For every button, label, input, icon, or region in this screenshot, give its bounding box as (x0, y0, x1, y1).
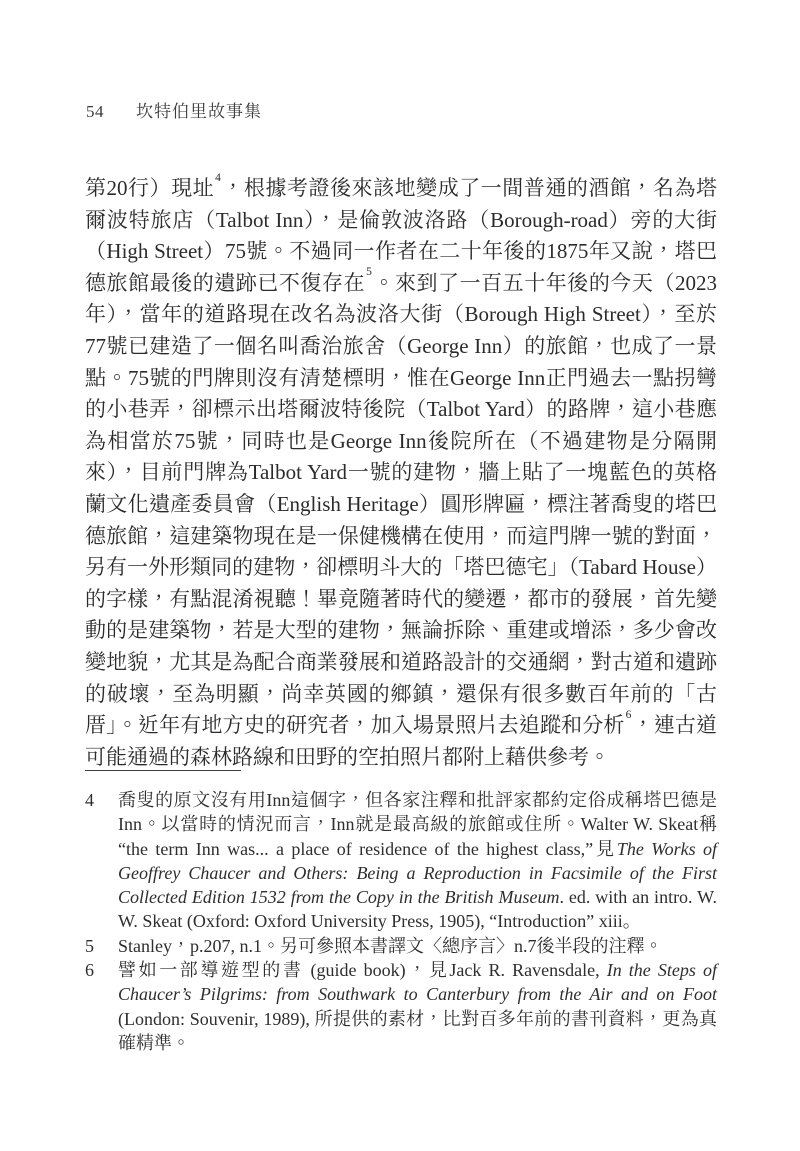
footnote-text: 喬叟的原文沒有用Inn這個字，但各家注釋和批評家都約定俗成稱塔巴德是Inn。以當… (118, 788, 717, 934)
book-page: 54 坎特伯里故事集 第20行）現址4，根據考證後來該地變成了一間普通的酒館，名… (0, 0, 800, 1151)
footnote-number: 4 (85, 788, 118, 934)
footnote-ref-6: 6 (626, 709, 632, 721)
text-run: (London: Souvenir, 1989), 所提供的素材，比對百多年前的… (118, 1009, 717, 1053)
text-run: 。來到了一百五十年後的今天（2023年），當年的道路現在改名為波洛大街（Boro… (85, 271, 717, 737)
footnote-ref-4: 4 (215, 172, 221, 184)
footnotes-section: 4喬叟的原文沒有用Inn這個字，但各家注釋和批評家都約定俗成稱塔巴德是Inn。以… (85, 770, 717, 1055)
footnote-item-5: 5Stanley，p.207, n.1。另可參照本書譯文〈總序言〉n.7後半段的… (85, 934, 717, 958)
footnote-item-4: 4喬叟的原文沒有用Inn這個字，但各家注釋和批評家都約定俗成稱塔巴德是Inn。以… (85, 788, 717, 934)
body-paragraph: 第20行）現址4，根據考證後來該地變成了一間普通的酒館，名為塔爾波特旅店（Tal… (85, 173, 717, 773)
text-run: 譬如一部導遊型的書 (guide book)，見Jack R. Ravensda… (118, 960, 607, 980)
running-header: 54 坎特伯里故事集 (86, 97, 262, 122)
text-run: 第20行）現址 (85, 176, 214, 200)
footnote-number: 5 (85, 934, 118, 958)
page-number: 54 (86, 102, 104, 122)
footnote-ref-5: 5 (366, 266, 372, 278)
page-body: 第20行）現址4，根據考證後來該地變成了一間普通的酒館，名為塔爾波特旅店（Tal… (85, 173, 717, 773)
running-head-book-title: 坎特伯里故事集 (136, 97, 262, 122)
footnote-item-6: 6譬如一部導遊型的書 (guide book)，見Jack R. Ravensd… (85, 958, 717, 1055)
footnote-number: 6 (85, 958, 118, 1055)
text-run: Stanley，p.207, n.1。另可參照本書譯文〈總序言〉n.7後半段的注… (118, 936, 663, 956)
footnote-list: 4喬叟的原文沒有用Inn這個字，但各家注釋和批評家都約定俗成稱塔巴德是Inn。以… (85, 788, 717, 1055)
footnote-text: 譬如一部導遊型的書 (guide book)，見Jack R. Ravensda… (118, 958, 717, 1055)
footnote-text: Stanley，p.207, n.1。另可參照本書譯文〈總序言〉n.7後半段的注… (118, 934, 717, 958)
footnote-separator-rule (85, 770, 241, 771)
